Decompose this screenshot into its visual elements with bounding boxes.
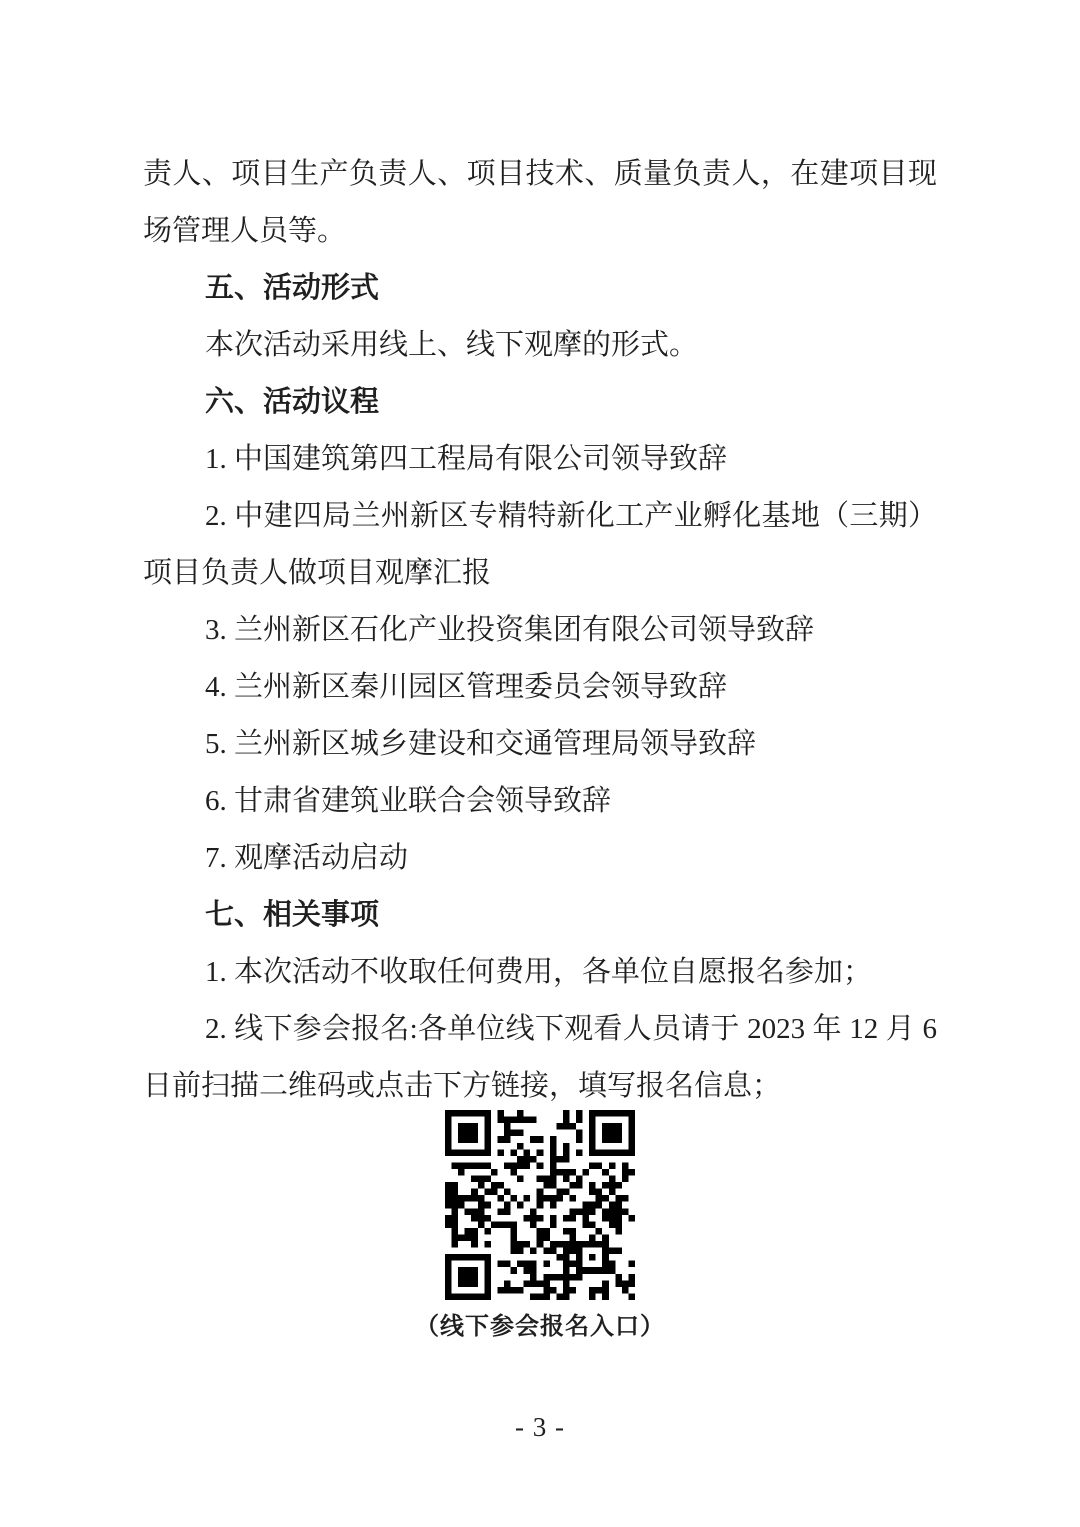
doc-line: 项目负责人做项目观摩汇报 xyxy=(143,545,937,602)
doc-line: 7. 观摩活动启动 xyxy=(143,830,937,887)
doc-line: 责人、项目生产负责人、项目技术、质量负责人，在建项目现 xyxy=(143,146,937,203)
doc-line: 本次活动采用线上、线下观摩的形式。 xyxy=(143,317,937,374)
qr-caption: （线下参会报名入口） xyxy=(0,1306,1080,1341)
doc-line: 6. 甘肃省建筑业联合会领导致辞 xyxy=(143,773,937,830)
document-body: 责人、项目生产负责人、项目技术、质量负责人，在建项目现 场管理人员等。 五、活动… xyxy=(143,146,937,1115)
qr-code-image xyxy=(445,1110,635,1300)
doc-line: 3. 兰州新区石化产业投资集团有限公司领导致辞 xyxy=(143,602,937,659)
doc-line: 场管理人员等。 xyxy=(143,203,937,260)
doc-line: 1. 中国建筑第四工程局有限公司领导致辞 xyxy=(143,431,937,488)
doc-line: 2. 线下参会报名:各单位线下观看人员请于 2023 年 12 月 6 xyxy=(143,1001,937,1058)
doc-line: 4. 兰州新区秦川园区管理委员会领导致辞 xyxy=(143,659,937,716)
doc-line: 2. 中建四局兰州新区专精特新化工产业孵化基地（三期） xyxy=(143,488,937,545)
section-heading: 五、活动形式 xyxy=(143,260,937,317)
section-heading: 七、相关事项 xyxy=(143,887,937,944)
document-page: 责人、项目生产负责人、项目技术、质量负责人，在建项目现 场管理人员等。 五、活动… xyxy=(0,0,1080,1527)
section-heading: 六、活动议程 xyxy=(143,374,937,431)
page-number: - 3 - xyxy=(0,1412,1080,1443)
doc-line: 日前扫描二维码或点击下方链接，填写报名信息； xyxy=(143,1058,937,1115)
doc-line: 5. 兰州新区城乡建设和交通管理局领导致辞 xyxy=(143,716,937,773)
doc-line: 1. 本次活动不收取任何费用，各单位自愿报名参加； xyxy=(143,944,937,1001)
